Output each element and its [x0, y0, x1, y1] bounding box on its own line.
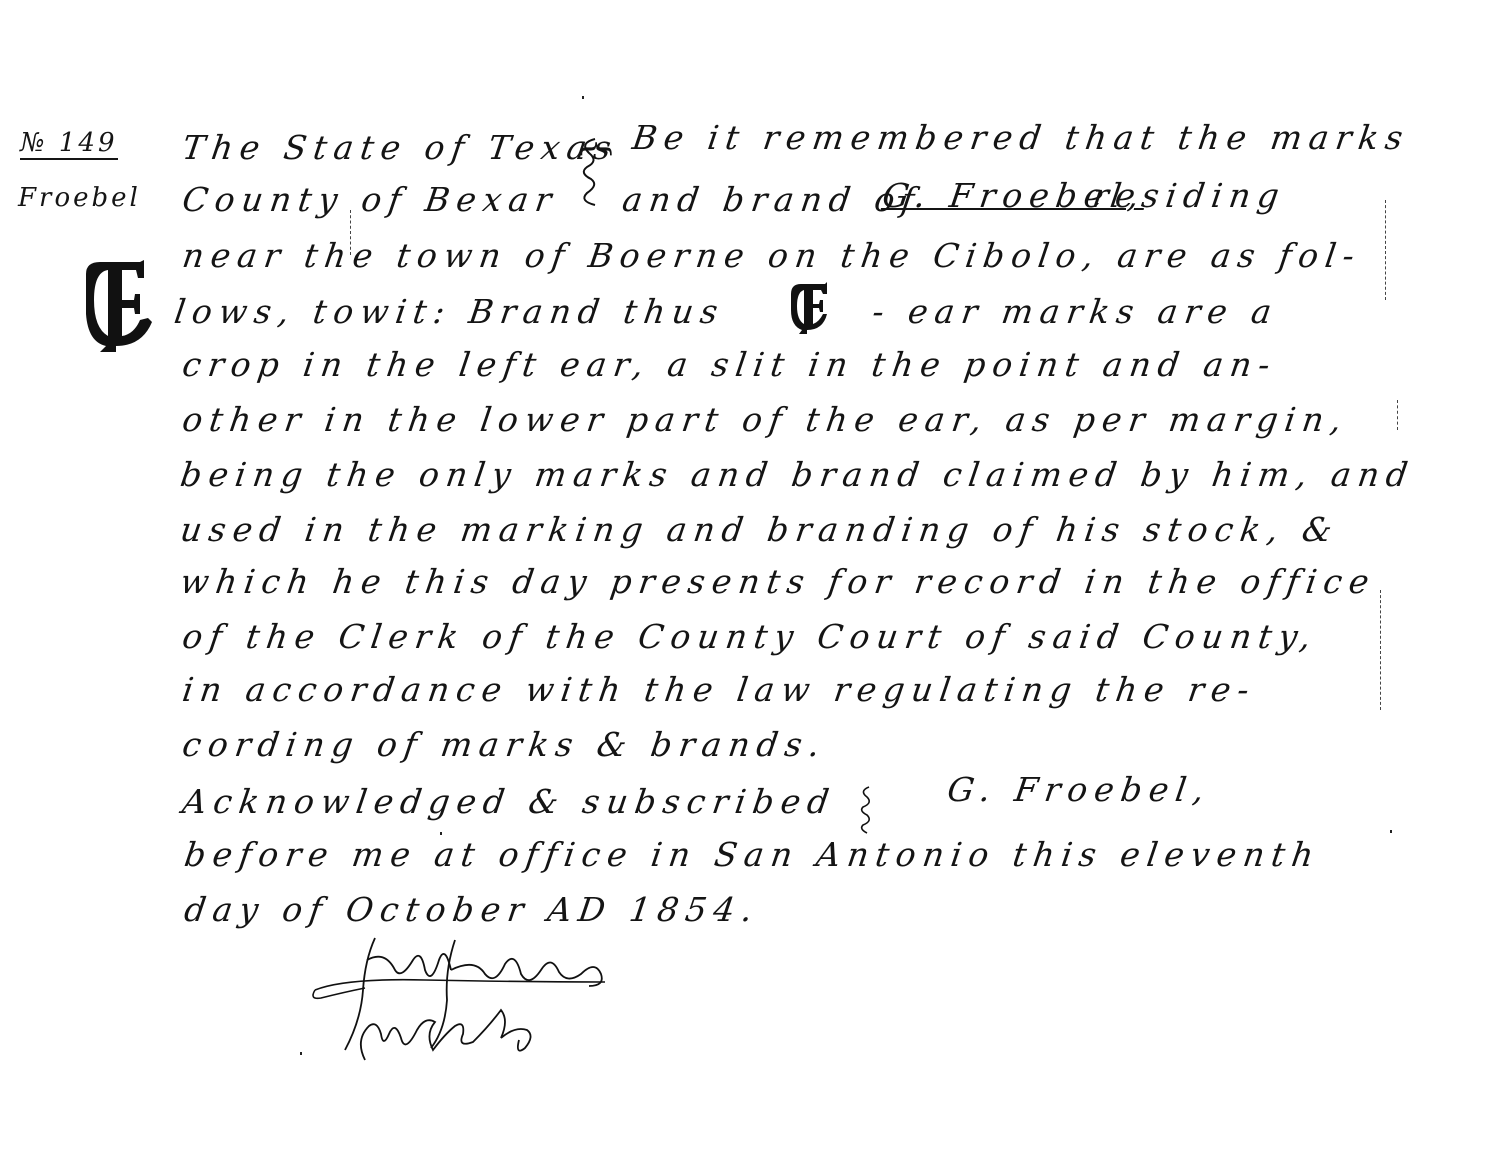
- line-13-signature: G. Froebel,: [945, 770, 1213, 809]
- line-2-left: County of Bexar: [180, 180, 561, 219]
- line-7: being the only marks and brand claimed b…: [178, 455, 1417, 494]
- margin-owner-name: Froebel: [18, 183, 141, 213]
- scan-speck: [1390, 830, 1392, 833]
- margin-record-number: № 149: [20, 128, 118, 160]
- line-4-right: - ear marks are a: [870, 292, 1281, 331]
- line-1-right: Be it remembered that the marks: [630, 118, 1412, 157]
- line-2-mid: and brand of: [620, 180, 924, 219]
- line-6: other in the lower part of the ear, as p…: [180, 400, 1351, 439]
- cf-brand-small-icon: [785, 280, 835, 336]
- line-10: of the Clerk of the County Court of said…: [180, 617, 1320, 656]
- brace-acknowledgement-icon: [855, 785, 877, 835]
- scan-speck: [300, 1052, 302, 1055]
- line-3: near the town of Boerne on the Cibolo, a…: [180, 236, 1364, 275]
- cf-brand-large-icon: [78, 256, 168, 356]
- record-number-text: № 149: [20, 128, 118, 160]
- line-9: which he this day presents for record in…: [178, 562, 1378, 601]
- fold-mark: [1380, 590, 1382, 710]
- scan-speck: [440, 832, 442, 835]
- line-4-left: lows, towit: Brand thus: [172, 292, 727, 331]
- line-1-left: The State of Texas: [180, 128, 620, 167]
- clerk-signature-icon: [305, 930, 725, 1070]
- scan-speck: [582, 96, 584, 99]
- line-14: before me at office in San Antonio this …: [182, 835, 1323, 874]
- fold-mark: [1385, 200, 1387, 300]
- scanned-document-page: № 149 Froebel { The State of Texas Be it…: [0, 0, 1500, 1164]
- fold-mark: [350, 210, 352, 255]
- line-13-left: Acknowledged & subscribed: [180, 782, 838, 821]
- fold-mark: [1397, 400, 1399, 430]
- line-2-right: residing: [1090, 176, 1288, 215]
- line-5: crop in the left ear, a slit in the poin…: [180, 345, 1279, 384]
- line-12: cording of marks & brands.: [180, 725, 829, 764]
- line-11: in accordance with the law regulating th…: [180, 670, 1259, 709]
- line-15: day of October AD 1854.: [182, 890, 762, 929]
- line-8: used in the marking and branding of his …: [178, 510, 1341, 549]
